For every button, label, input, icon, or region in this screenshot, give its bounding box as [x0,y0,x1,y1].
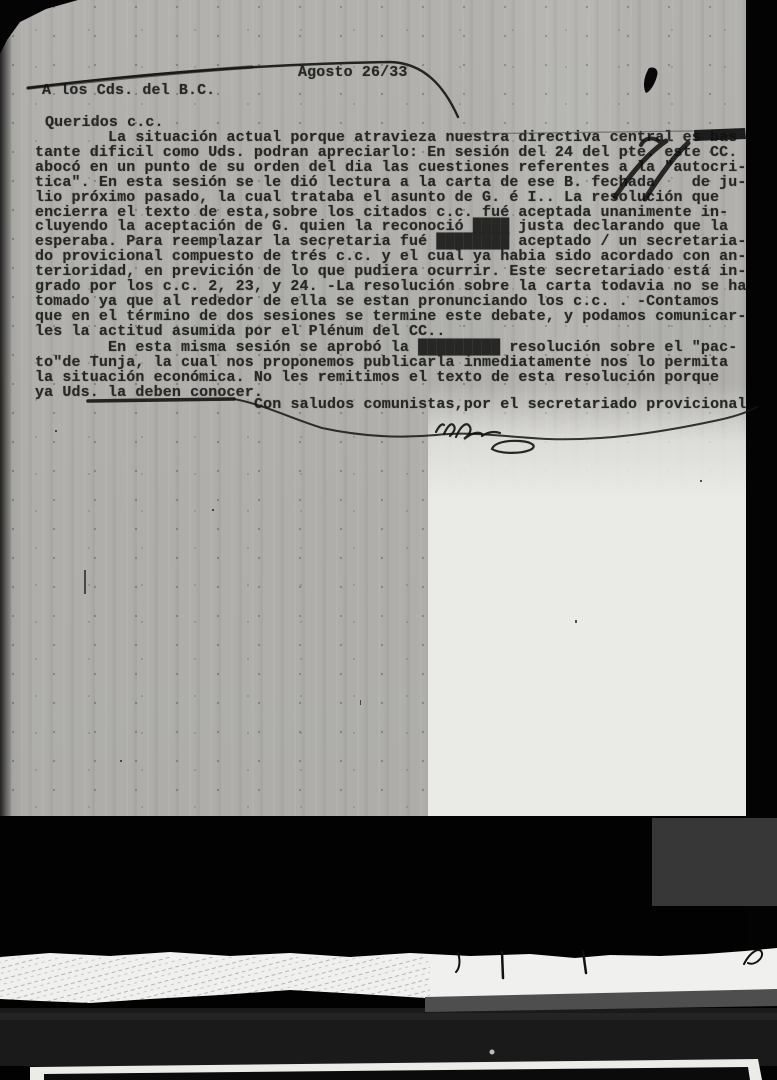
speck [55,430,57,432]
scan-right-band [746,0,777,1080]
white-dot [490,1050,495,1055]
gray-strip [425,989,777,1012]
paper-bright-area [428,385,746,816]
scan-corner-artifact [0,0,80,56]
letter-recipient: A los Cds. del B.C. [42,84,215,99]
speck [84,570,86,594]
charcoal-band [0,1008,777,1066]
speck [120,760,122,762]
letter-closing: Con saludos comunistas,por el secretaria… [254,398,756,413]
letter-date: Agosto 26/33 [298,66,407,81]
letter-paragraph-2: En esta misma sesión se aprobó la ██████… [35,341,737,401]
band-ticks [456,951,586,978]
torn-white-band [0,948,777,1003]
scanned-letter-photo: Agosto 26/33 A los Cds. del B.C. Querido… [0,0,777,1080]
band-scratches [0,957,430,1003]
paper-left-edge-shadow [0,0,12,816]
speck [360,700,361,705]
letter-paragraph-1: La situación actual porque atravieza nue… [35,131,746,340]
letter-paper: Agosto 26/33 A los Cds. del B.C. Querido… [0,0,746,816]
speck [212,509,214,511]
charcoal-streak [0,1013,777,1020]
speck [575,620,577,623]
bottom-frame-white [30,1059,762,1080]
speck [700,480,702,482]
bottom-frame-inner [44,1067,750,1080]
